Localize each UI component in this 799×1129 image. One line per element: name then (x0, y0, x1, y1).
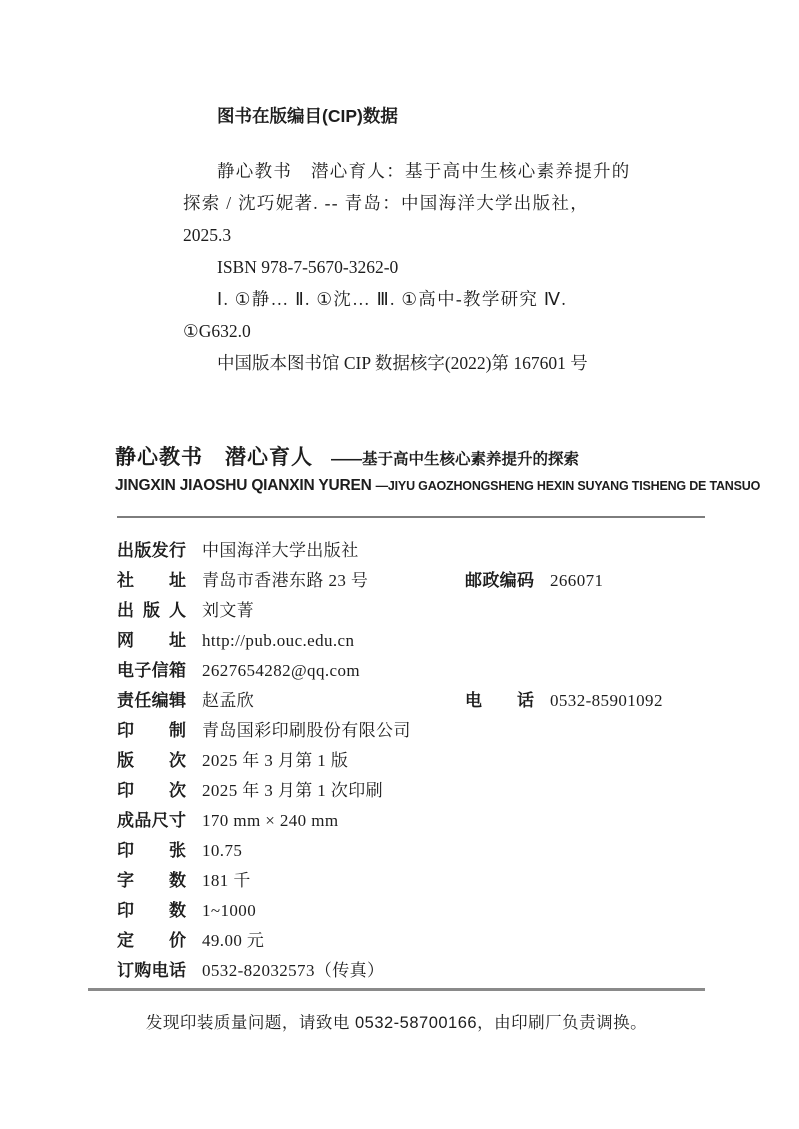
cip-isbn-line: ISBN 978-7-5670-3262-0 (183, 251, 623, 283)
pub-row-printer: 印制 青岛国彩印刷股份有限公司 (117, 720, 717, 750)
pub-row-publisher: 出版发行 中国海洋大学出版社 (117, 540, 717, 570)
pub-row-email: 电子信箱 2627654282@qq.com (117, 660, 717, 690)
pub-value: 青岛市香港东路 23 号 (202, 570, 368, 591)
pub-row-phone: 电话 0532-85901092 (465, 690, 663, 711)
pub-row-website: 网址 http://pub.ouc.edu.cn (117, 630, 717, 660)
pub-label: 电话 (465, 690, 534, 711)
cip-record-number-line: 中国版本图书馆 CIP 数据核字(2022)第 167601 号 (183, 347, 623, 379)
pub-value: 青岛国彩印刷股份有限公司 (202, 720, 411, 741)
pub-label: 责任编辑 (117, 690, 186, 711)
cip-header: 图书在版编目(CIP)数据 (217, 103, 398, 128)
pub-value: 266071 (550, 570, 603, 591)
pub-label: 出版发行 (117, 540, 186, 561)
pub-row-order-phone: 订购电话 0532-82032573（传真） (117, 960, 717, 990)
pub-row-edition: 版次 2025 年 3 月第 1 版 (117, 750, 717, 780)
pub-value: 181 千 (202, 870, 251, 891)
pub-label: 字数 (117, 870, 186, 891)
pub-label: 社址 (117, 570, 186, 591)
pub-value: 中国海洋大学出版社 (202, 540, 359, 561)
pub-label: 电子信箱 (117, 660, 186, 681)
pub-row-sheets: 印张 10.75 (117, 840, 717, 870)
pub-label: 订购电话 (117, 960, 186, 981)
publication-info-table: 出版发行 中国海洋大学出版社 社址 青岛市香港东路 23 号 邮政编码 2660… (117, 540, 717, 990)
pub-row-address: 社址 青岛市香港东路 23 号 邮政编码 266071 (117, 570, 717, 600)
pub-label: 成品尺寸 (117, 810, 186, 831)
pub-row-editor: 责任编辑 赵孟欣 电话 0532-85901092 (117, 690, 717, 720)
pub-value: 2627654282@qq.com (202, 660, 360, 681)
book-title: 静心教书 潜心育人 (115, 441, 313, 471)
pub-row-size: 成品尺寸 170 mm × 240 mm (117, 810, 717, 840)
pub-value: 2025 年 3 月第 1 版 (202, 750, 348, 771)
divider-top (117, 516, 705, 518)
pub-label: 印张 (117, 840, 186, 861)
pub-value: 49.00 元 (202, 930, 264, 951)
pub-value: 刘文菁 (202, 600, 254, 621)
book-subtitle: ——基于高中生核心素养提升的探索 (331, 447, 579, 469)
pub-label: 印次 (117, 780, 186, 801)
pub-label: 定价 (117, 930, 186, 951)
book-title-pinyin: JINGXIN JIAOSHU QIANXIN YUREN (115, 477, 372, 495)
pub-value: 0532-85901092 (550, 690, 663, 711)
book-subtitle-pinyin: —JIYU GAOZHONGSHENG HEXIN SUYANG TISHENG… (376, 479, 761, 493)
pub-label: 印数 (117, 900, 186, 921)
copyright-page: 图书在版编目(CIP)数据 静心教书 潜心育人：基于高中生核心素养提升的 探索 … (0, 0, 799, 1129)
pub-row-publisher-person: 出版人 刘文菁 (117, 600, 717, 630)
pub-value: 1~1000 (202, 900, 256, 921)
pub-row-print-run: 印数 1~1000 (117, 900, 717, 930)
cip-classification-line: Ⅰ. ①静… Ⅱ. ①沈… Ⅲ. ①高中-教学研究 Ⅳ. (183, 283, 623, 315)
pub-value: 2025 年 3 月第 1 次印刷 (202, 780, 383, 801)
cip-line: 2025.3 (183, 219, 623, 251)
pub-label: 版次 (117, 750, 186, 771)
pub-row-postcode: 邮政编码 266071 (465, 570, 603, 591)
pub-value: 10.75 (202, 840, 242, 861)
cip-line: 静心教书 潜心育人：基于高中生核心素养提升的 (183, 155, 623, 187)
cip-line: 探索 / 沈巧妮著. -- 青岛：中国海洋大学出版社， (183, 187, 623, 219)
pub-row-price: 定价 49.00 元 (117, 930, 717, 960)
pub-label: 网址 (117, 630, 186, 651)
quality-note: 发现印装质量问题，请致电 0532-58700166，由印刷厂负责调换。 (88, 1009, 705, 1033)
pub-row-word-count: 字数 181 千 (117, 870, 717, 900)
pub-label: 邮政编码 (465, 570, 534, 591)
pub-value: 赵孟欣 (202, 690, 254, 711)
pub-label: 印制 (117, 720, 186, 741)
pub-row-impression: 印次 2025 年 3 月第 1 次印刷 (117, 780, 717, 810)
cip-block: 静心教书 潜心育人：基于高中生核心素养提升的 探索 / 沈巧妮著. -- 青岛：… (183, 155, 623, 379)
pub-value: http://pub.ouc.edu.cn (202, 630, 354, 651)
pub-label: 出版人 (117, 600, 186, 621)
divider-bottom (88, 988, 705, 991)
book-title-row: 静心教书 潜心育人 ——基于高中生核心素养提升的探索 (115, 441, 579, 471)
book-title-pinyin-row: JINGXIN JIAOSHU QIANXIN YUREN —JIYU GAOZ… (115, 477, 760, 495)
pub-value: 170 mm × 240 mm (202, 810, 338, 831)
cip-classification-line: ①G632.0 (183, 315, 623, 347)
pub-value: 0532-82032573（传真） (202, 960, 384, 981)
